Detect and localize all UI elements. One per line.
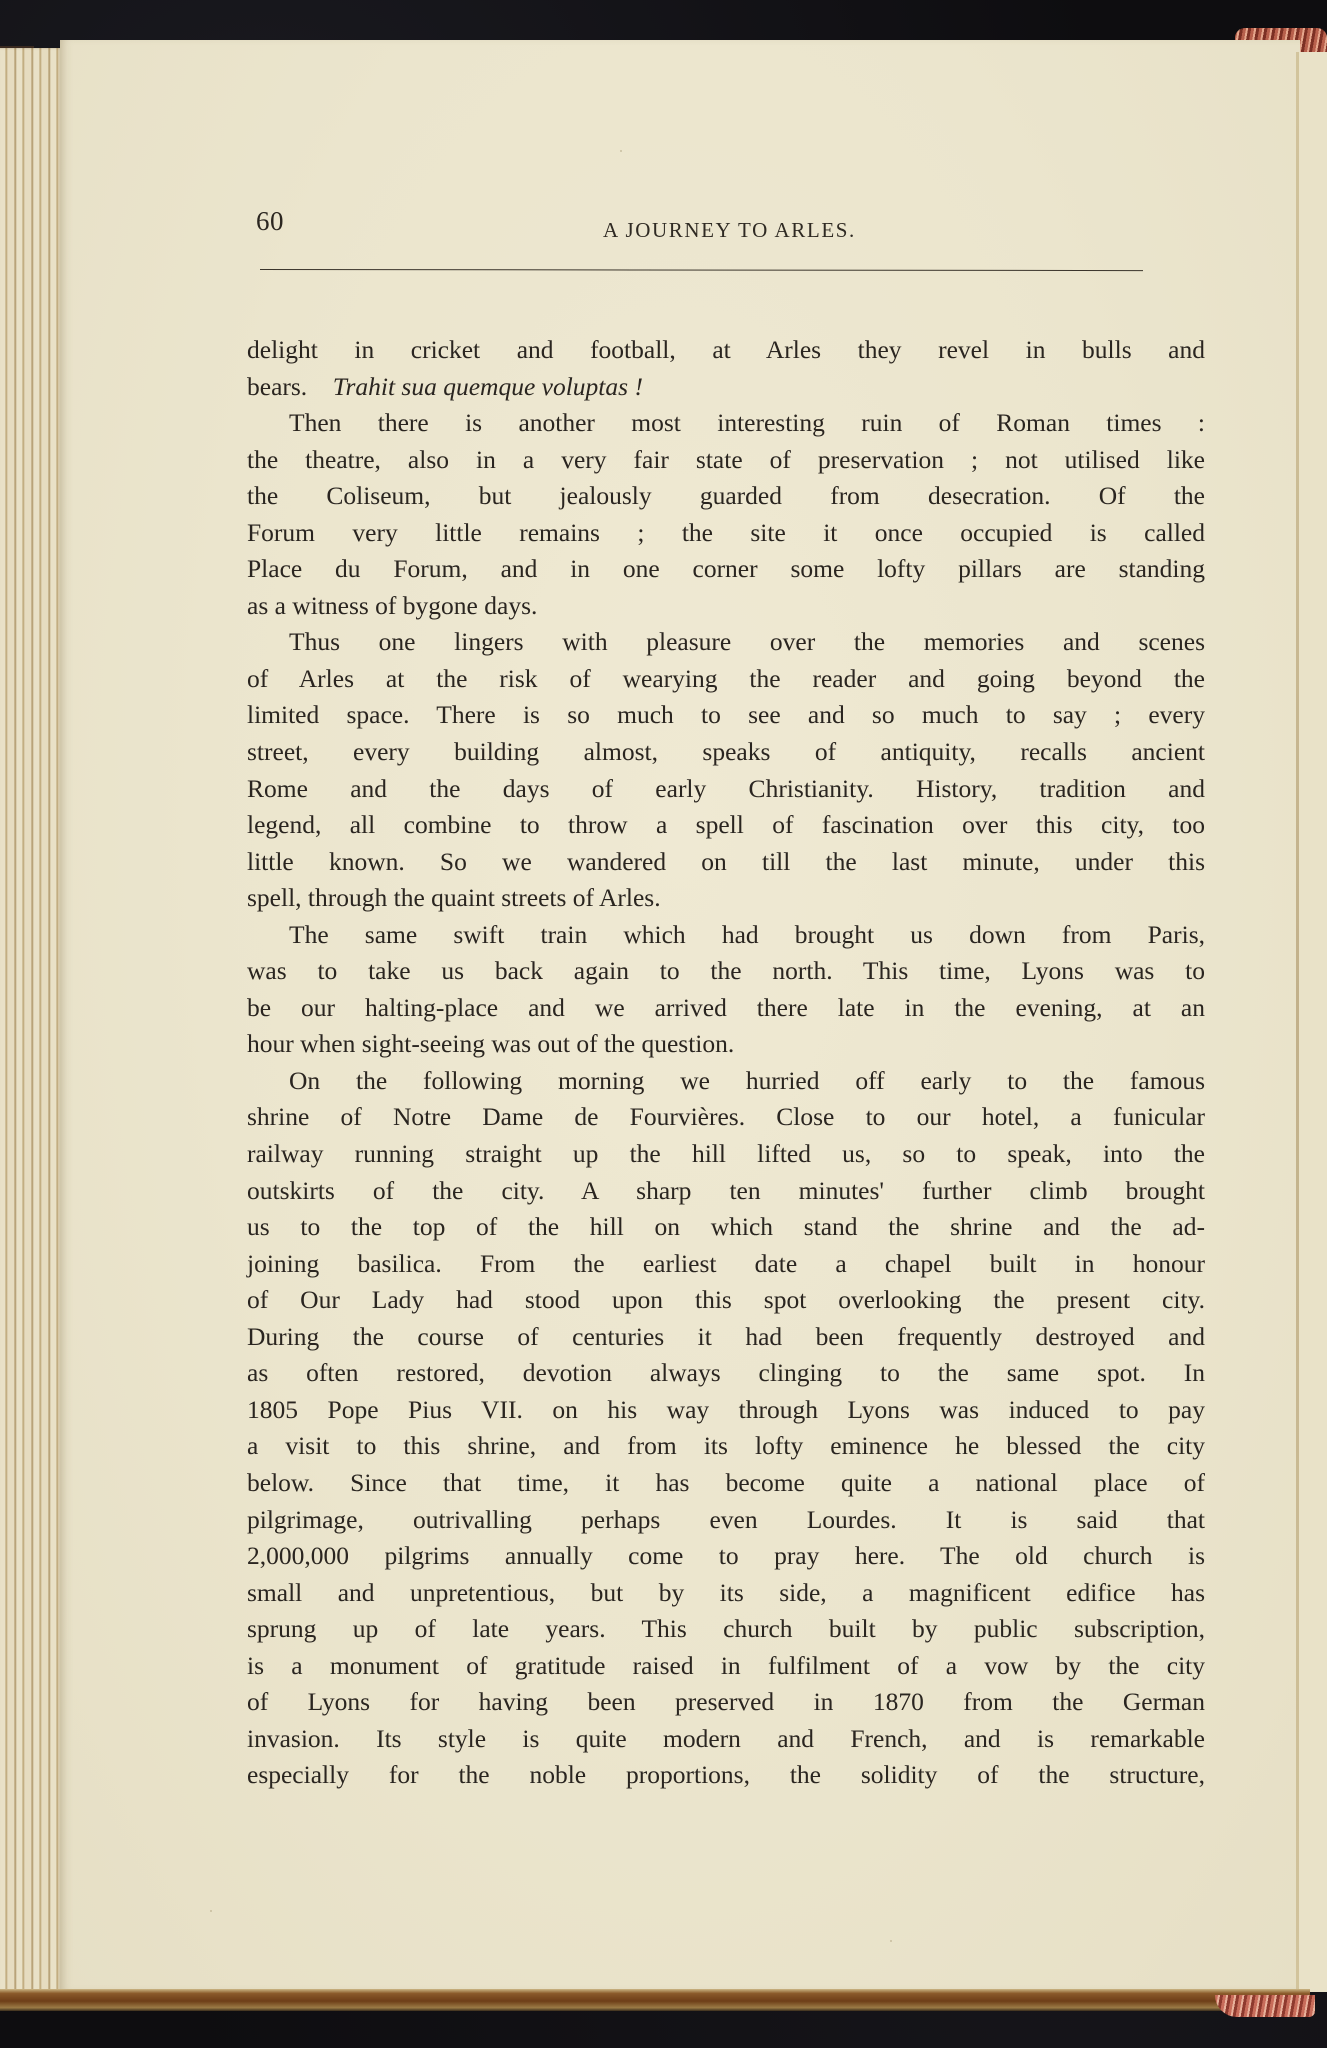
- line-text: of Our Lady had stood upon this spot ove…: [247, 1285, 1205, 1314]
- page-number: 60: [256, 206, 284, 237]
- line-text: pilgrimage, outrivalling perhaps even Lo…: [247, 1505, 1205, 1534]
- bottom-gilt-edge: [0, 1989, 1310, 2011]
- line-text: of Lyons for having been preserved in 18…: [247, 1687, 1205, 1716]
- line-text: joining basilica. From the earliest date…: [247, 1249, 1205, 1278]
- body-text: delight in cricket and football, at Arle…: [247, 332, 1205, 1794]
- paper-speck: [210, 1910, 212, 1912]
- text-line: invasion. Its style is quite modern and …: [247, 1721, 1205, 1758]
- text-line: is a monument of gratitude raised in ful…: [247, 1648, 1205, 1685]
- line-text: Forum very little remains ; the site it …: [247, 518, 1205, 547]
- text-line: Thus one lingers with pleasure over the …: [247, 624, 1205, 661]
- text-line: limited space. There is so much to see a…: [247, 697, 1205, 734]
- text-line: the theatre, also in a very fair state o…: [247, 442, 1205, 479]
- text-line: of Our Lady had stood upon this spot ove…: [247, 1282, 1205, 1319]
- text-line: little known. So we wandered on till the…: [247, 844, 1205, 881]
- line-text: hour when sight-seeing was out of the qu…: [247, 1029, 734, 1058]
- text-line: as a witness of bygone days.: [247, 588, 1205, 625]
- text-line: The same swift train which had brought u…: [247, 917, 1205, 954]
- paper-speck: [890, 1940, 892, 1942]
- text-line: especially for the noble proportions, th…: [247, 1757, 1205, 1794]
- text-line: sprung up of late years. This church bui…: [247, 1611, 1205, 1648]
- text-line: During the course of centuries it had be…: [247, 1319, 1205, 1356]
- text-line: delight in cricket and football, at Arle…: [247, 332, 1205, 369]
- line-text: us to the top of the hill on which stand…: [247, 1212, 1205, 1241]
- facing-page-edge: [1299, 52, 1327, 1992]
- text-line: below. Since that time, it has become qu…: [247, 1465, 1205, 1502]
- line-text: 1805 Pope Pius VII. on his way through L…: [247, 1395, 1205, 1424]
- line-text: the theatre, also in a very fair state o…: [247, 445, 1205, 474]
- line-text: below. Since that time, it has become qu…: [247, 1468, 1205, 1497]
- text-line: bears. Trahit sua quemque voluptas !: [247, 369, 1205, 406]
- text-line: small and unpretentious, but by its side…: [247, 1575, 1205, 1612]
- line-text: street, every building almost, speaks of…: [247, 737, 1205, 766]
- text-line: street, every building almost, speaks of…: [247, 734, 1205, 771]
- text-line: 2,000,000 pilgrims annually come to pray…: [247, 1538, 1205, 1575]
- bottom-headband: [1215, 1995, 1315, 2017]
- line-text: 2,000,000 pilgrims annually come to pray…: [247, 1541, 1205, 1570]
- text-line: Forum very little remains ; the site it …: [247, 515, 1205, 552]
- line-text: Then there is another most interesting r…: [289, 408, 1205, 437]
- text-line: Then there is another most interesting r…: [247, 405, 1205, 442]
- line-text: limited space. There is so much to see a…: [247, 700, 1205, 729]
- line-text: of Arles at the risk of wearying the rea…: [247, 664, 1205, 693]
- text-line: Place du Forum, and in one corner some l…: [247, 551, 1205, 588]
- text-line: the Coliseum, but jealously guarded from…: [247, 478, 1205, 515]
- line-text: legend, all combine to throw a spell of …: [247, 810, 1205, 839]
- text-line: On the following morning we hurried off …: [247, 1063, 1205, 1100]
- line-text: outskirts of the city. A sharp ten minut…: [247, 1176, 1205, 1205]
- line-text: delight in cricket and football, at Arle…: [247, 335, 1205, 364]
- text-line: joining basilica. From the earliest date…: [247, 1246, 1205, 1283]
- line-text: is a monument of gratitude raised in ful…: [247, 1651, 1205, 1680]
- line-text: as a witness of bygone days.: [247, 591, 537, 620]
- text-line: us to the top of the hill on which stand…: [247, 1209, 1205, 1246]
- line-text: small and unpretentious, but by its side…: [247, 1578, 1205, 1607]
- line-text: sprung up of late years. This church bui…: [247, 1614, 1205, 1643]
- line-text: Place du Forum, and in one corner some l…: [247, 554, 1205, 583]
- text-line: Rome and the days of early Christianity.…: [247, 771, 1205, 808]
- paper-speck: [620, 150, 622, 152]
- latin-quote: Trahit sua quemque voluptas !: [333, 372, 643, 401]
- line-text: bears.: [247, 372, 307, 401]
- line-text: little known. So we wandered on till the…: [247, 847, 1205, 876]
- paper-speck: [1100, 680, 1102, 682]
- line-text: railway running straight up the hill lif…: [247, 1139, 1205, 1168]
- text-line: hour when sight-seeing was out of the qu…: [247, 1026, 1205, 1063]
- text-line: shrine of Notre Dame de Fourvières. Clos…: [247, 1099, 1205, 1136]
- line-text: The same swift train which had brought u…: [289, 920, 1205, 949]
- line-text: spell, through the quaint streets of Arl…: [247, 883, 661, 912]
- line-text: especially for the noble proportions, th…: [247, 1760, 1205, 1789]
- text-line: legend, all combine to throw a spell of …: [247, 807, 1205, 844]
- running-title: A JOURNEY TO ARLES.: [603, 218, 856, 243]
- text-line: 1805 Pope Pius VII. on his way through L…: [247, 1392, 1205, 1429]
- text-line: railway running straight up the hill lif…: [247, 1136, 1205, 1173]
- text-line: pilgrimage, outrivalling perhaps even Lo…: [247, 1502, 1205, 1539]
- text-line: as often restored, devotion always cling…: [247, 1355, 1205, 1392]
- text-line: be our halting-place and we arrived ther…: [247, 990, 1205, 1027]
- line-text: Thus one lingers with pleasure over the …: [289, 627, 1205, 656]
- text-line: of Lyons for having been preserved in 18…: [247, 1684, 1205, 1721]
- line-text: During the course of centuries it had be…: [247, 1322, 1205, 1351]
- line-text: as often restored, devotion always cling…: [247, 1358, 1205, 1387]
- text-line: a visit to this shrine, and from its lof…: [247, 1428, 1205, 1465]
- line-text: shrine of Notre Dame de Fourvières. Clos…: [247, 1102, 1205, 1131]
- line-text: On the following morning we hurried off …: [289, 1066, 1205, 1095]
- line-text: Rome and the days of early Christianity.…: [247, 774, 1205, 803]
- line-text: a visit to this shrine, and from its lof…: [247, 1431, 1205, 1460]
- page-stack-edges: [0, 48, 62, 1993]
- text-line: was to take us back again to the north. …: [247, 953, 1205, 990]
- text-line: of Arles at the risk of wearying the rea…: [247, 661, 1205, 698]
- line-text: the Coliseum, but jealously guarded from…: [247, 481, 1205, 510]
- line-text: was to take us back again to the north. …: [247, 956, 1205, 985]
- line-text: invasion. Its style is quite modern and …: [247, 1724, 1205, 1753]
- book-page: 60 A JOURNEY TO ARLES. delight in cricke…: [60, 40, 1300, 1990]
- text-line: spell, through the quaint streets of Arl…: [247, 880, 1205, 917]
- text-line: outskirts of the city. A sharp ten minut…: [247, 1173, 1205, 1210]
- line-text: be our halting-place and we arrived ther…: [247, 993, 1205, 1022]
- header-rule: [260, 269, 1143, 271]
